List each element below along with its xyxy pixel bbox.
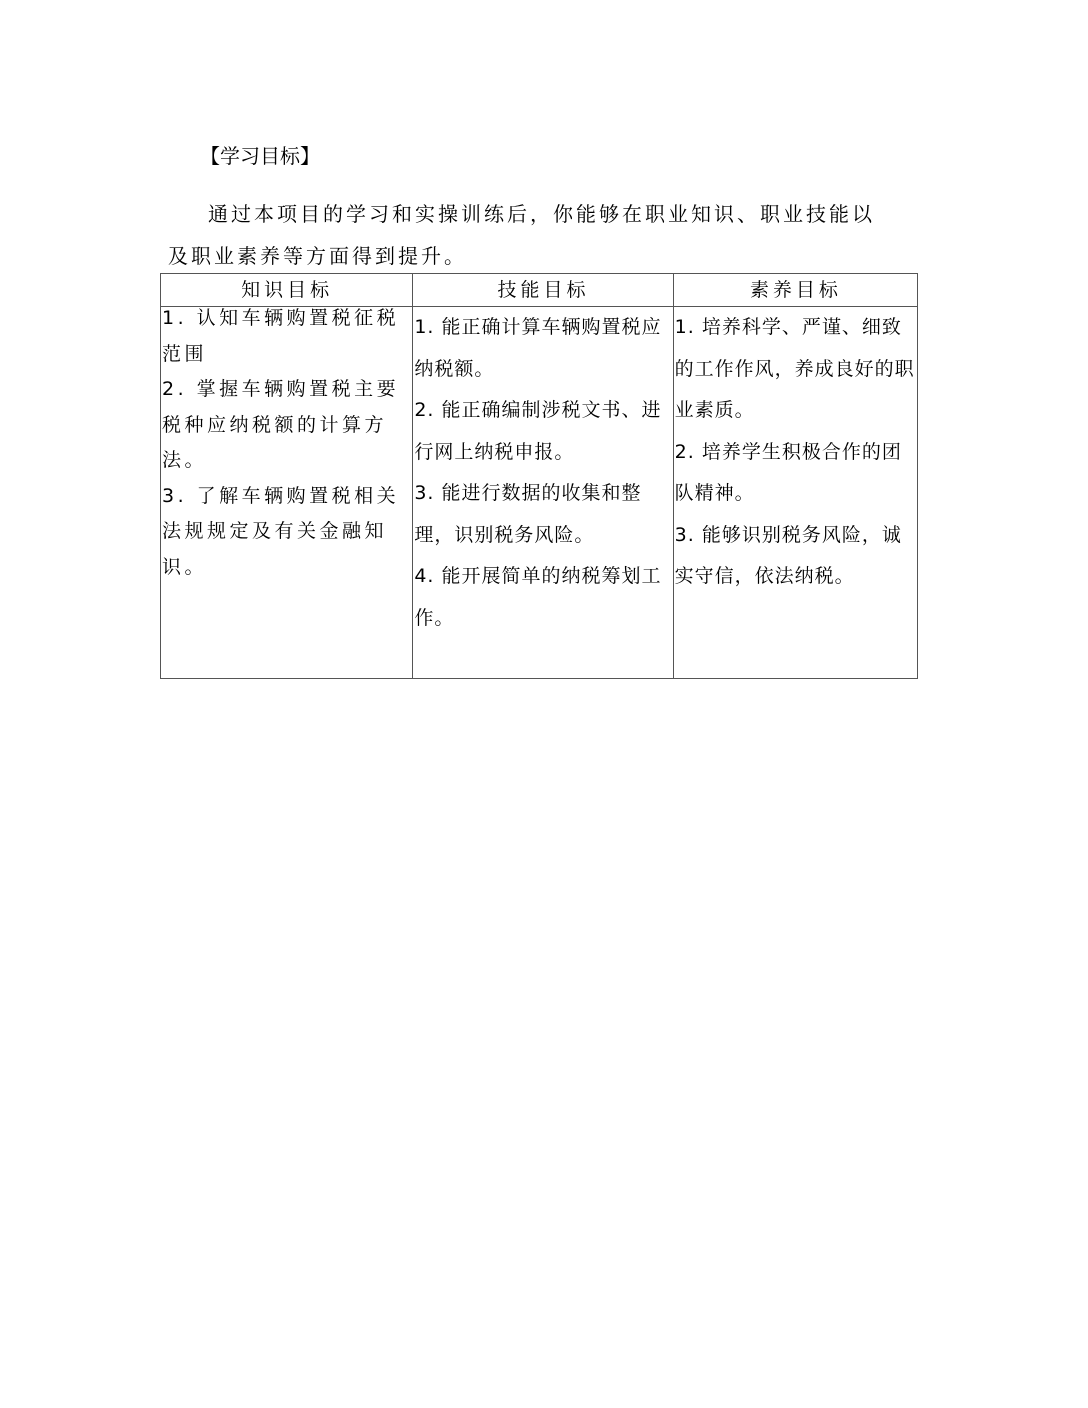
- knowledge-goal-item: 2. 掌握车辆购置税主要税种应纳税额的计算方法。: [162, 372, 412, 479]
- skill-goals-cell: 1. 能正确计算车辆购置税应纳税额。 2. 能正确编制涉税文书、进行网上纳税申报…: [413, 307, 673, 679]
- knowledge-goals-cell: 1. 认知车辆购置税征税范围 2. 掌握车辆购置税主要税种应纳税额的计算方法。 …: [161, 307, 413, 679]
- learning-goals-table: 知识目标 技能目标 素养目标 1. 认知车辆购置税征税范围 2. 掌握车辆购置税…: [160, 273, 918, 679]
- quality-goals-cell: 1. 培养科学、严谨、细致的工作作风，养成良好的职业素质。 2. 培养学生积极合…: [673, 307, 917, 679]
- quality-goal-item: 3. 能够识别税务风险，诚实守信，依法纳税。: [675, 515, 917, 598]
- skill-goal-item: 2. 能正确编制涉税文书、进行网上纳税申报。: [414, 390, 672, 473]
- skill-goal-item: 1. 能正确计算车辆购置税应纳税额。: [414, 307, 672, 390]
- quality-goal-item: 1. 培养科学、严谨、细致的工作作风，养成良好的职业素质。: [675, 307, 917, 432]
- table-row: 1. 认知车辆购置税征税范围 2. 掌握车辆购置税主要税种应纳税额的计算方法。 …: [161, 307, 918, 679]
- skill-goal-item: 4. 能开展简单的纳税筹划工作。: [414, 556, 672, 639]
- intro-line-2: 及职业素养等方面得到提升。: [168, 236, 888, 276]
- intro-paragraph: 通过本项目的学习和实操训练后，你能够在职业知识、职业技能以 及职业素养等方面得到…: [168, 194, 888, 276]
- knowledge-goal-item: 1. 认知车辆购置税征税范围: [162, 301, 412, 372]
- header-quality-goals: 素养目标: [673, 274, 917, 307]
- quality-goal-item: 2. 培养学生积极合作的团队精神。: [675, 432, 917, 515]
- skill-goal-item: 3. 能进行数据的收集和整理，识别税务风险。: [414, 473, 672, 556]
- header-skill-goals: 技能目标: [413, 274, 673, 307]
- knowledge-goal-item: 3. 了解车辆购置税相关法规规定及有关金融知识。: [162, 479, 412, 586]
- section-heading: 【学习目标】: [200, 140, 320, 172]
- intro-line-1: 通过本项目的学习和实操训练后，你能够在职业知识、职业技能以: [168, 194, 888, 234]
